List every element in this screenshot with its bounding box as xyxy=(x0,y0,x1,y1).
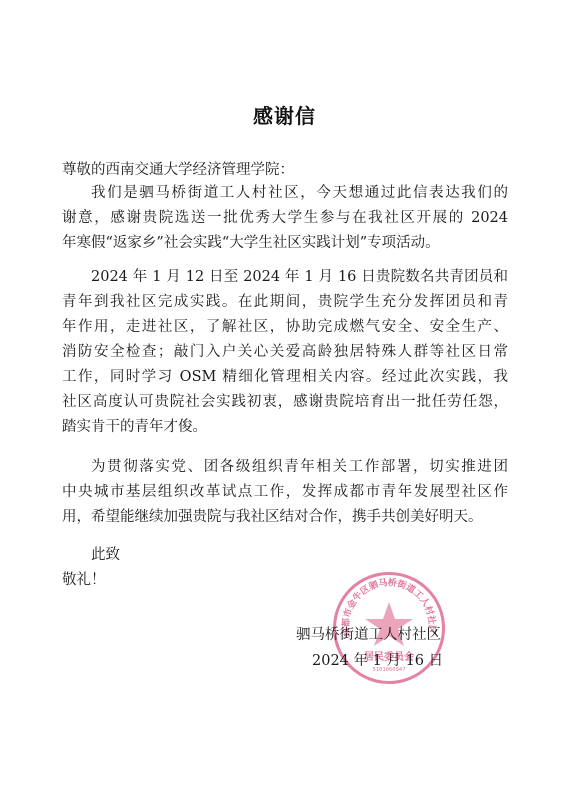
letter-title: 感谢信 xyxy=(0,100,569,129)
paragraph-line: 为贯彻落实党、团各级组织青年相关工作部署，切实推进团 xyxy=(62,455,508,480)
paragraph-line: 消防安全检查；敲门入户关心关爱高龄独居特殊人群等社区日常 xyxy=(62,340,508,365)
closing-line-1: 此致 xyxy=(91,543,120,564)
paragraph-line: 工作，同时学习 OSM 精细化管理相关内容。经过此次实践，我 xyxy=(62,365,508,390)
paragraph-line: 谢意，感谢贵院选送一批优秀大学生参与在我社区开展的 2024 xyxy=(62,206,508,231)
paragraph-line: 踏实肯干的青年才俊。 xyxy=(62,415,508,440)
paragraph-2: 2024 年 1 月 12 日至 2024 年 1 月 16 日贵院数名共青团员… xyxy=(62,265,508,440)
salutation: 尊敬的西南交通大学经济管理学院： xyxy=(62,158,294,179)
paragraph-line: 2024 年 1 月 12 日至 2024 年 1 月 16 日贵院数名共青团员… xyxy=(62,265,508,290)
paragraph-line: 中央城市基层组织改革试点工作，发挥成都市青年发展型社区作 xyxy=(62,480,508,505)
paragraph-line: 年寒假“返家乡”社会实践“大学生社区实践计划”专项活动。 xyxy=(62,231,508,256)
paragraph-line: 青年到我社区完成实践。在此期间，贵院学生充分发挥团员和青 xyxy=(62,290,508,315)
paragraph-line: 我们是驷马桥街道工人村社区，今天想通过此信表达我们的 xyxy=(62,181,508,206)
signature-organization: 驷马桥街道工人村社区 xyxy=(296,623,441,644)
paragraph-line: 年作用，走进社区，了解社区，协助完成燃气安全、安全生产、 xyxy=(62,315,508,340)
paragraph-1: 我们是驷马桥街道工人村社区，今天想通过此信表达我们的 谢意，感谢贵院选送一批优秀… xyxy=(62,181,508,256)
paragraph-line: 用，希望能继续加强贵院与我社区结对合作，携手共创美好明天。 xyxy=(62,505,508,530)
closing-line-2: 敬礼！ xyxy=(62,568,106,589)
signature-date: 2024 年 1 月 16 日 xyxy=(312,649,443,670)
paragraph-line: 社区高度认可贵院社会实践初衷，感谢贵院培育出一批任劳任怨， xyxy=(62,390,508,415)
paragraph-3: 为贯彻落实党、团各级组织青年相关工作部署，切实推进团 中央城市基层组织改革试点工… xyxy=(62,455,508,530)
